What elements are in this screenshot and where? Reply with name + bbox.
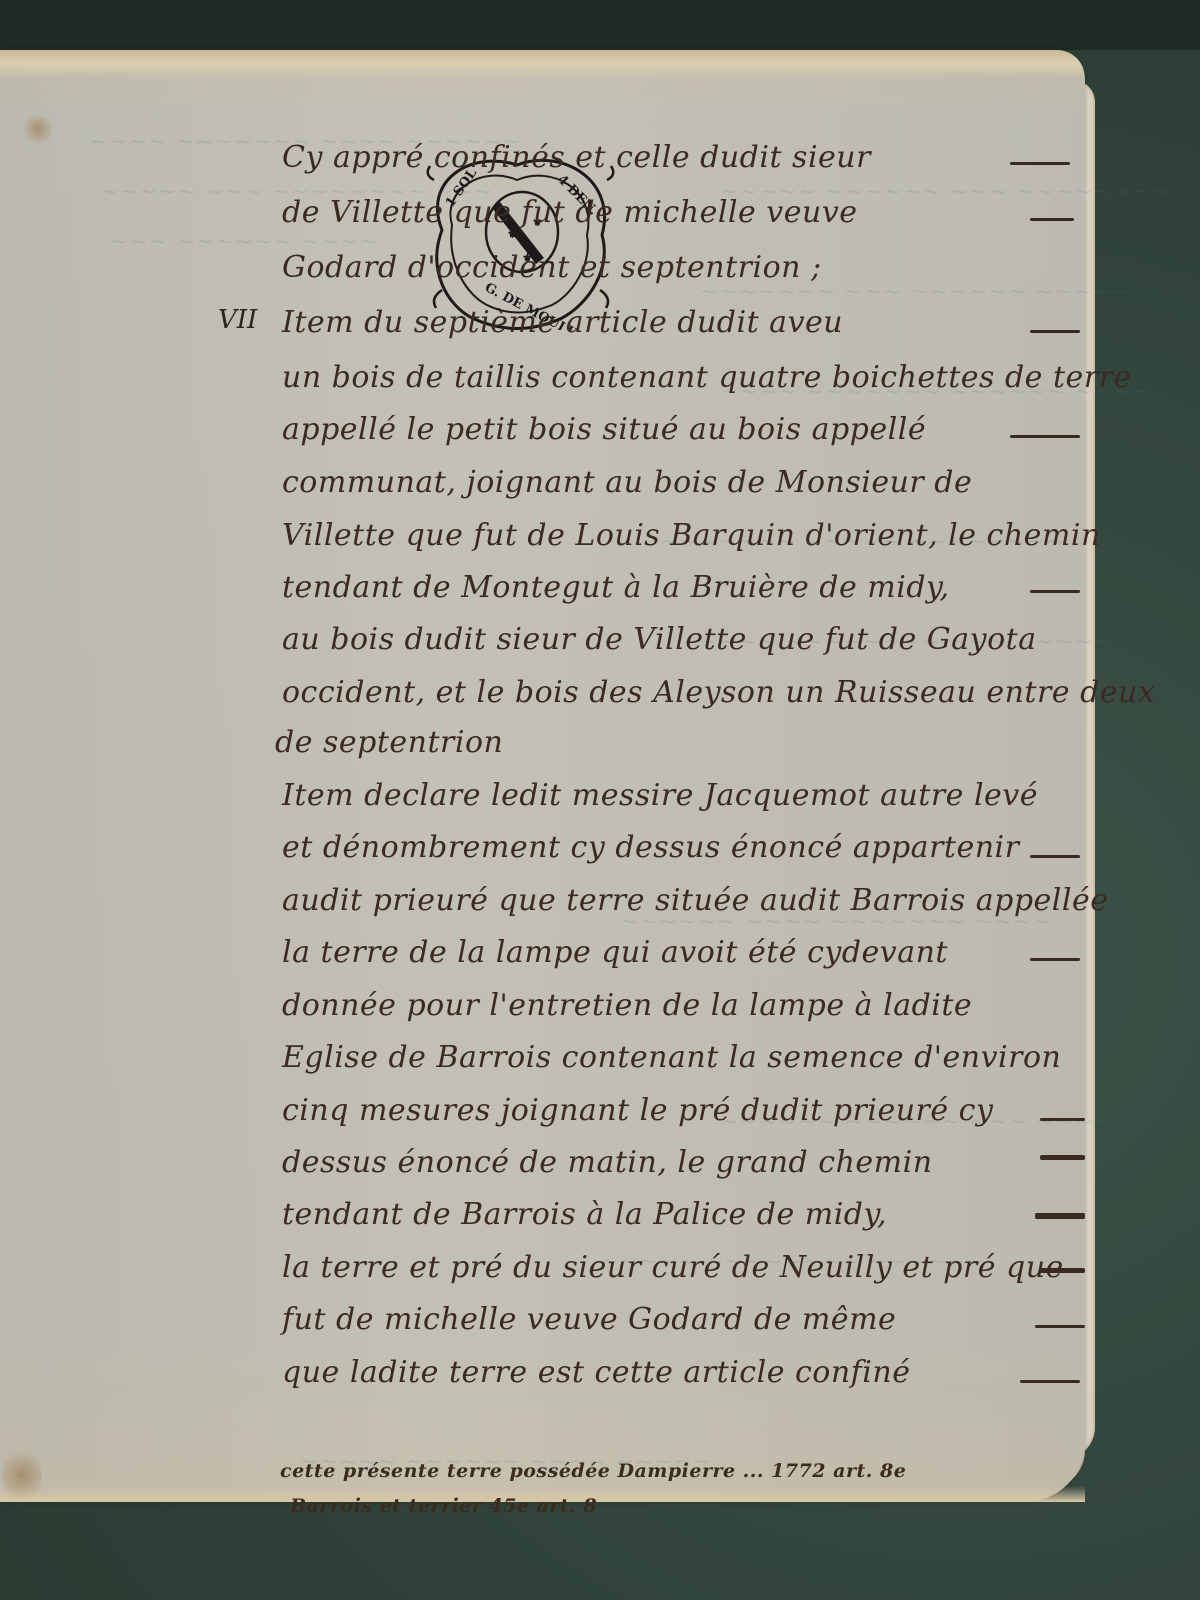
manuscript-line: communat, joignant au bois de Monsieur d… <box>282 465 972 500</box>
background-top-band <box>0 0 1200 50</box>
manuscript-line: dessus énoncé de matin, le grand chemin <box>282 1145 933 1180</box>
manuscript-line: de septentrion <box>275 725 503 760</box>
manuscript-line: donnée pour l'entretien de la lampe à la… <box>282 988 972 1023</box>
manuscript-line: occident, et le bois des Aleyson un Ruis… <box>282 675 1155 710</box>
line-flourish <box>1030 330 1080 333</box>
line-flourish <box>1030 855 1080 858</box>
manuscript-line: Item declare ledit messire Jacquemot aut… <box>282 778 1038 813</box>
manuscript-line: tendant de Montegut à la Bruière de midy… <box>282 570 950 605</box>
paper-stain <box>2 1445 42 1505</box>
line-flourish <box>1010 435 1080 438</box>
manuscript-line: audit prieuré que terre située audit Bar… <box>282 883 1109 918</box>
line-flourish <box>1040 1155 1085 1160</box>
line-flourish <box>1030 590 1080 593</box>
manuscript-line: appellé le petit bois situé au bois appe… <box>282 412 926 447</box>
manuscript-line: de Villette que fut de michelle veuve <box>282 195 858 230</box>
manuscript-line: au bois dudit sieur de Villette que fut … <box>282 622 1037 657</box>
line-flourish <box>1030 958 1080 961</box>
manuscript-line: Item du septième article dudit aveu <box>282 305 843 340</box>
manuscript-line: tendant de Barrois à la Palice de midy, <box>282 1197 887 1232</box>
manuscript-line: Eglise de Barrois contenant la semence d… <box>282 1040 1061 1075</box>
line-flourish <box>1040 1268 1085 1273</box>
manuscript-line: cinq mesures joignant le pré dudit prieu… <box>282 1093 993 1128</box>
manuscript-line: que ladite terre est cette article confi… <box>282 1355 910 1390</box>
paper-top-edge <box>0 50 1085 78</box>
manuscript-line: un bois de taillis contenant quatre boic… <box>282 360 1132 395</box>
line-flourish <box>1010 162 1070 165</box>
manuscript-line: et dénombrement cy dessus énoncé apparte… <box>282 830 1019 865</box>
manuscript-line: Villette que fut de Louis Barquin d'orie… <box>282 518 1101 553</box>
line-flourish <box>1035 1213 1085 1219</box>
margin-article-number: VII <box>218 305 257 335</box>
manuscript-line: Godard d'occident et septentrion ; <box>282 250 822 285</box>
manuscript-line: la terre de la lampe qui avoit été cydev… <box>282 935 948 970</box>
manuscript-line: Cy appré confinés et celle dudit sieur <box>282 140 871 175</box>
line-flourish <box>1030 218 1074 221</box>
manuscript-line: la terre et pré du sieur curé de Neuilly… <box>282 1250 1064 1285</box>
paper-stain <box>20 115 56 143</box>
manuscript-line: fut de michelle veuve Godard de même <box>282 1302 896 1337</box>
bottom-annotation-line: Barrois et terrier 45e art. 8 <box>290 1495 597 1517</box>
line-flourish <box>1020 1380 1080 1383</box>
line-flourish <box>1035 1325 1085 1328</box>
line-flourish <box>1040 1118 1085 1121</box>
bottom-annotation-line: cette présente terre possédée Dampierre … <box>280 1460 906 1482</box>
